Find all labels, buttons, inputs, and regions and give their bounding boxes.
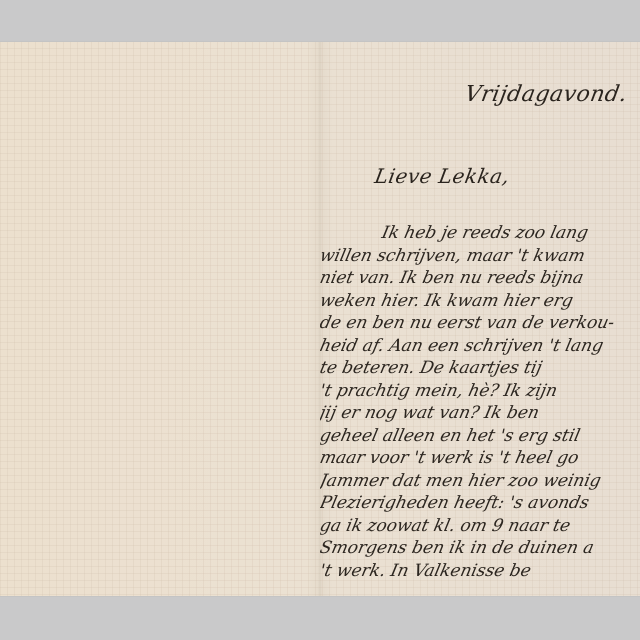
letter-line: geheel alleen en het 's erg stil — [320, 425, 640, 448]
letter-line: heid af. Aan een schrijven 't lang — [320, 335, 640, 358]
letter-line: de en ben nu eerst van de verkou- — [320, 312, 640, 335]
letter-line: Ik heb je reeds zoo lang — [320, 222, 640, 245]
letter-line: ga ik zoowat kl. om 9 naar te — [320, 515, 640, 538]
letter-body: Ik heb je reeds zoo lang willen schrijve… — [320, 222, 640, 582]
letter-line: weken hier. Ik kwam hier erg — [320, 290, 640, 313]
letter-date: Vrijdagavond. — [463, 82, 630, 107]
letter-line: maar voor 't werk is 't heel go — [320, 447, 640, 470]
letter-line: Smorgens ben ik in de duinen a — [320, 537, 640, 560]
letter-line: te beteren. De kaartjes tij — [320, 357, 640, 380]
letter-line: willen schrijven, maar 't kwam — [320, 245, 640, 268]
letter-line: Plezierigheden heeft: 's avonds — [320, 492, 640, 515]
letter-line: 't prachtig mein, hè? Ik zijn — [320, 380, 640, 403]
letter-line: jij er nog wat van? Ik ben — [320, 402, 640, 425]
letter-line: 't werk. In Valkenisse be — [320, 560, 640, 583]
letter-line: niet van. Ik ben nu reeds bijna — [320, 267, 640, 290]
right-page: Vrijdagavond. Lieve Lekka, Ik heb je ree… — [320, 42, 640, 596]
letter-salutation: Lieve Lekka, — [373, 164, 512, 188]
letter-line: Jammer dat men hier zoo weinig — [320, 470, 640, 493]
letter-sheet: Vrijdagavond. Lieve Lekka, Ik heb je ree… — [0, 42, 640, 596]
left-page-blank — [0, 42, 320, 596]
